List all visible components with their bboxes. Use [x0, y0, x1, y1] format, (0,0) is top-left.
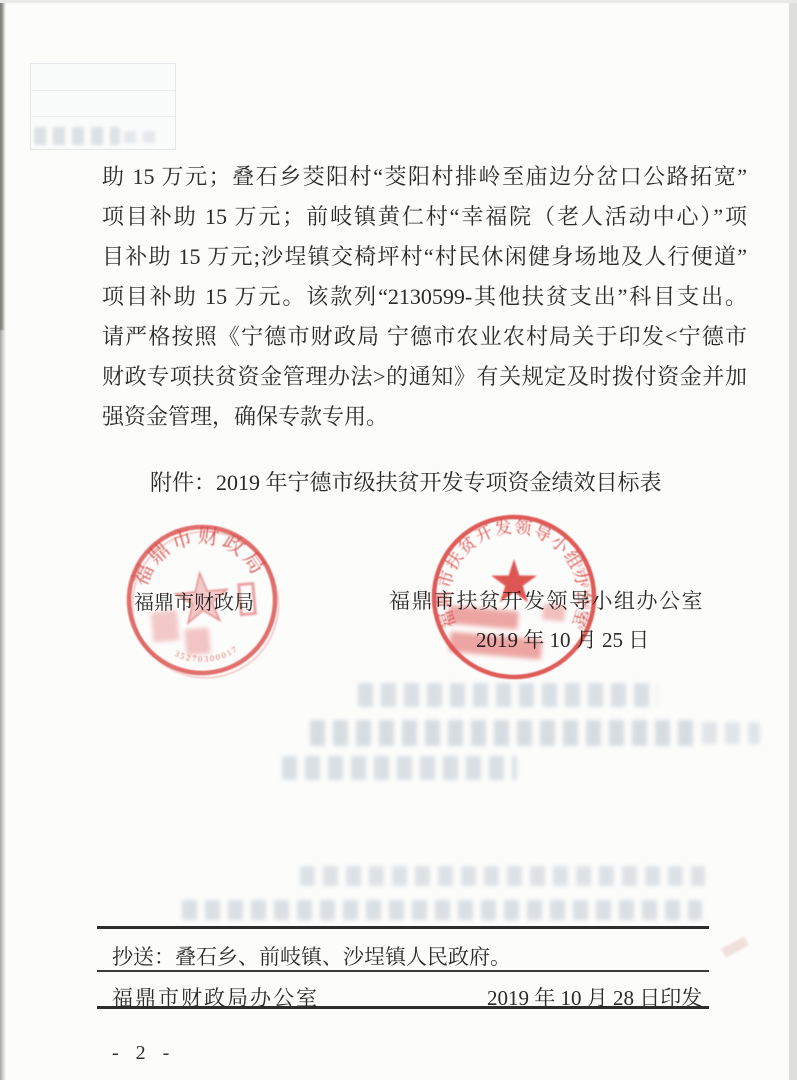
scan-edge-top	[0, 0, 797, 3]
official-seal-finance-bureau: 福鼎市财政局 35270300017	[117, 515, 287, 685]
star-icon	[491, 559, 537, 602]
seal-ghost-glyph	[151, 610, 180, 642]
bleedthrough-ghost-row	[182, 900, 702, 920]
bleedthrough-ghost-row	[702, 722, 760, 744]
body-line: 请严格按照《宁德市财政局 宁德市农业农村局关于印发<宁德市	[102, 317, 747, 357]
footer-cc-line: 抄送：叠石乡、前岐镇、沙埕镇人民政府。	[112, 941, 511, 971]
seal-ghost-glyph	[239, 584, 256, 615]
label-box-line	[31, 116, 175, 117]
body-line: 财政专项扶贫资金管理办法>的通知》有关规定及时拨付资金并加	[102, 357, 747, 397]
label-box-line	[31, 90, 175, 91]
body-line: 强资金管理，确保专款专用。	[102, 397, 747, 437]
attachment-line: 附件：2019 年宁德市级扶贫开发专项资金绩效目标表	[150, 466, 662, 497]
bleedthrough-ghost-row	[358, 683, 658, 707]
bleedthrough-smudge	[34, 127, 120, 145]
official-seal-leading-group-office: 福鼎市扶贫开发领导小组办公室 3527030001426	[425, 508, 603, 686]
scanned-document-page: 助 15 万元；叠石乡茭阳村“茭阳村排岭至庙边分岔口公路拓宽” 项目补助 15 …	[0, 0, 797, 1080]
page-number: - 2 -	[112, 1042, 175, 1065]
footer-rule-top	[97, 926, 709, 929]
scan-scratch-mark	[721, 936, 749, 957]
bleedthrough-ghost-row	[300, 866, 705, 886]
scan-edge-right	[789, 0, 797, 1080]
star-icon	[174, 571, 229, 624]
seal-inner-text-blur	[445, 595, 565, 661]
body-paragraph: 助 15 万元；叠石乡茭阳村“茭阳村排岭至庙边分岔口公路拓宽” 项目补助 15 …	[102, 157, 747, 437]
footer-rule-middle	[97, 970, 709, 972]
body-line: 助 15 万元；叠石乡茭阳村“茭阳村排岭至庙边分岔口公路拓宽”	[102, 157, 747, 197]
bleedthrough-smudge	[124, 131, 158, 143]
footer-rule-bottom	[97, 1006, 709, 1009]
body-line: 项目补助 15 万元。该款列“2130599-其他扶贫支出”科目支出。	[102, 277, 747, 317]
body-line: 目补助 15 万元;沙埕镇交椅坪村“村民休闲健身场地及人行便道”	[102, 237, 747, 277]
seal-ghost-glyph	[185, 628, 211, 656]
body-line: 项目补助 15 万元；前岐镇黄仁村“幸福院（老人活动中心）”项	[102, 197, 747, 237]
bleedthrough-ghost-row	[310, 720, 695, 746]
bleedthrough-ghost-row	[282, 756, 517, 780]
scan-edge-left-shadow	[0, 0, 5, 330]
